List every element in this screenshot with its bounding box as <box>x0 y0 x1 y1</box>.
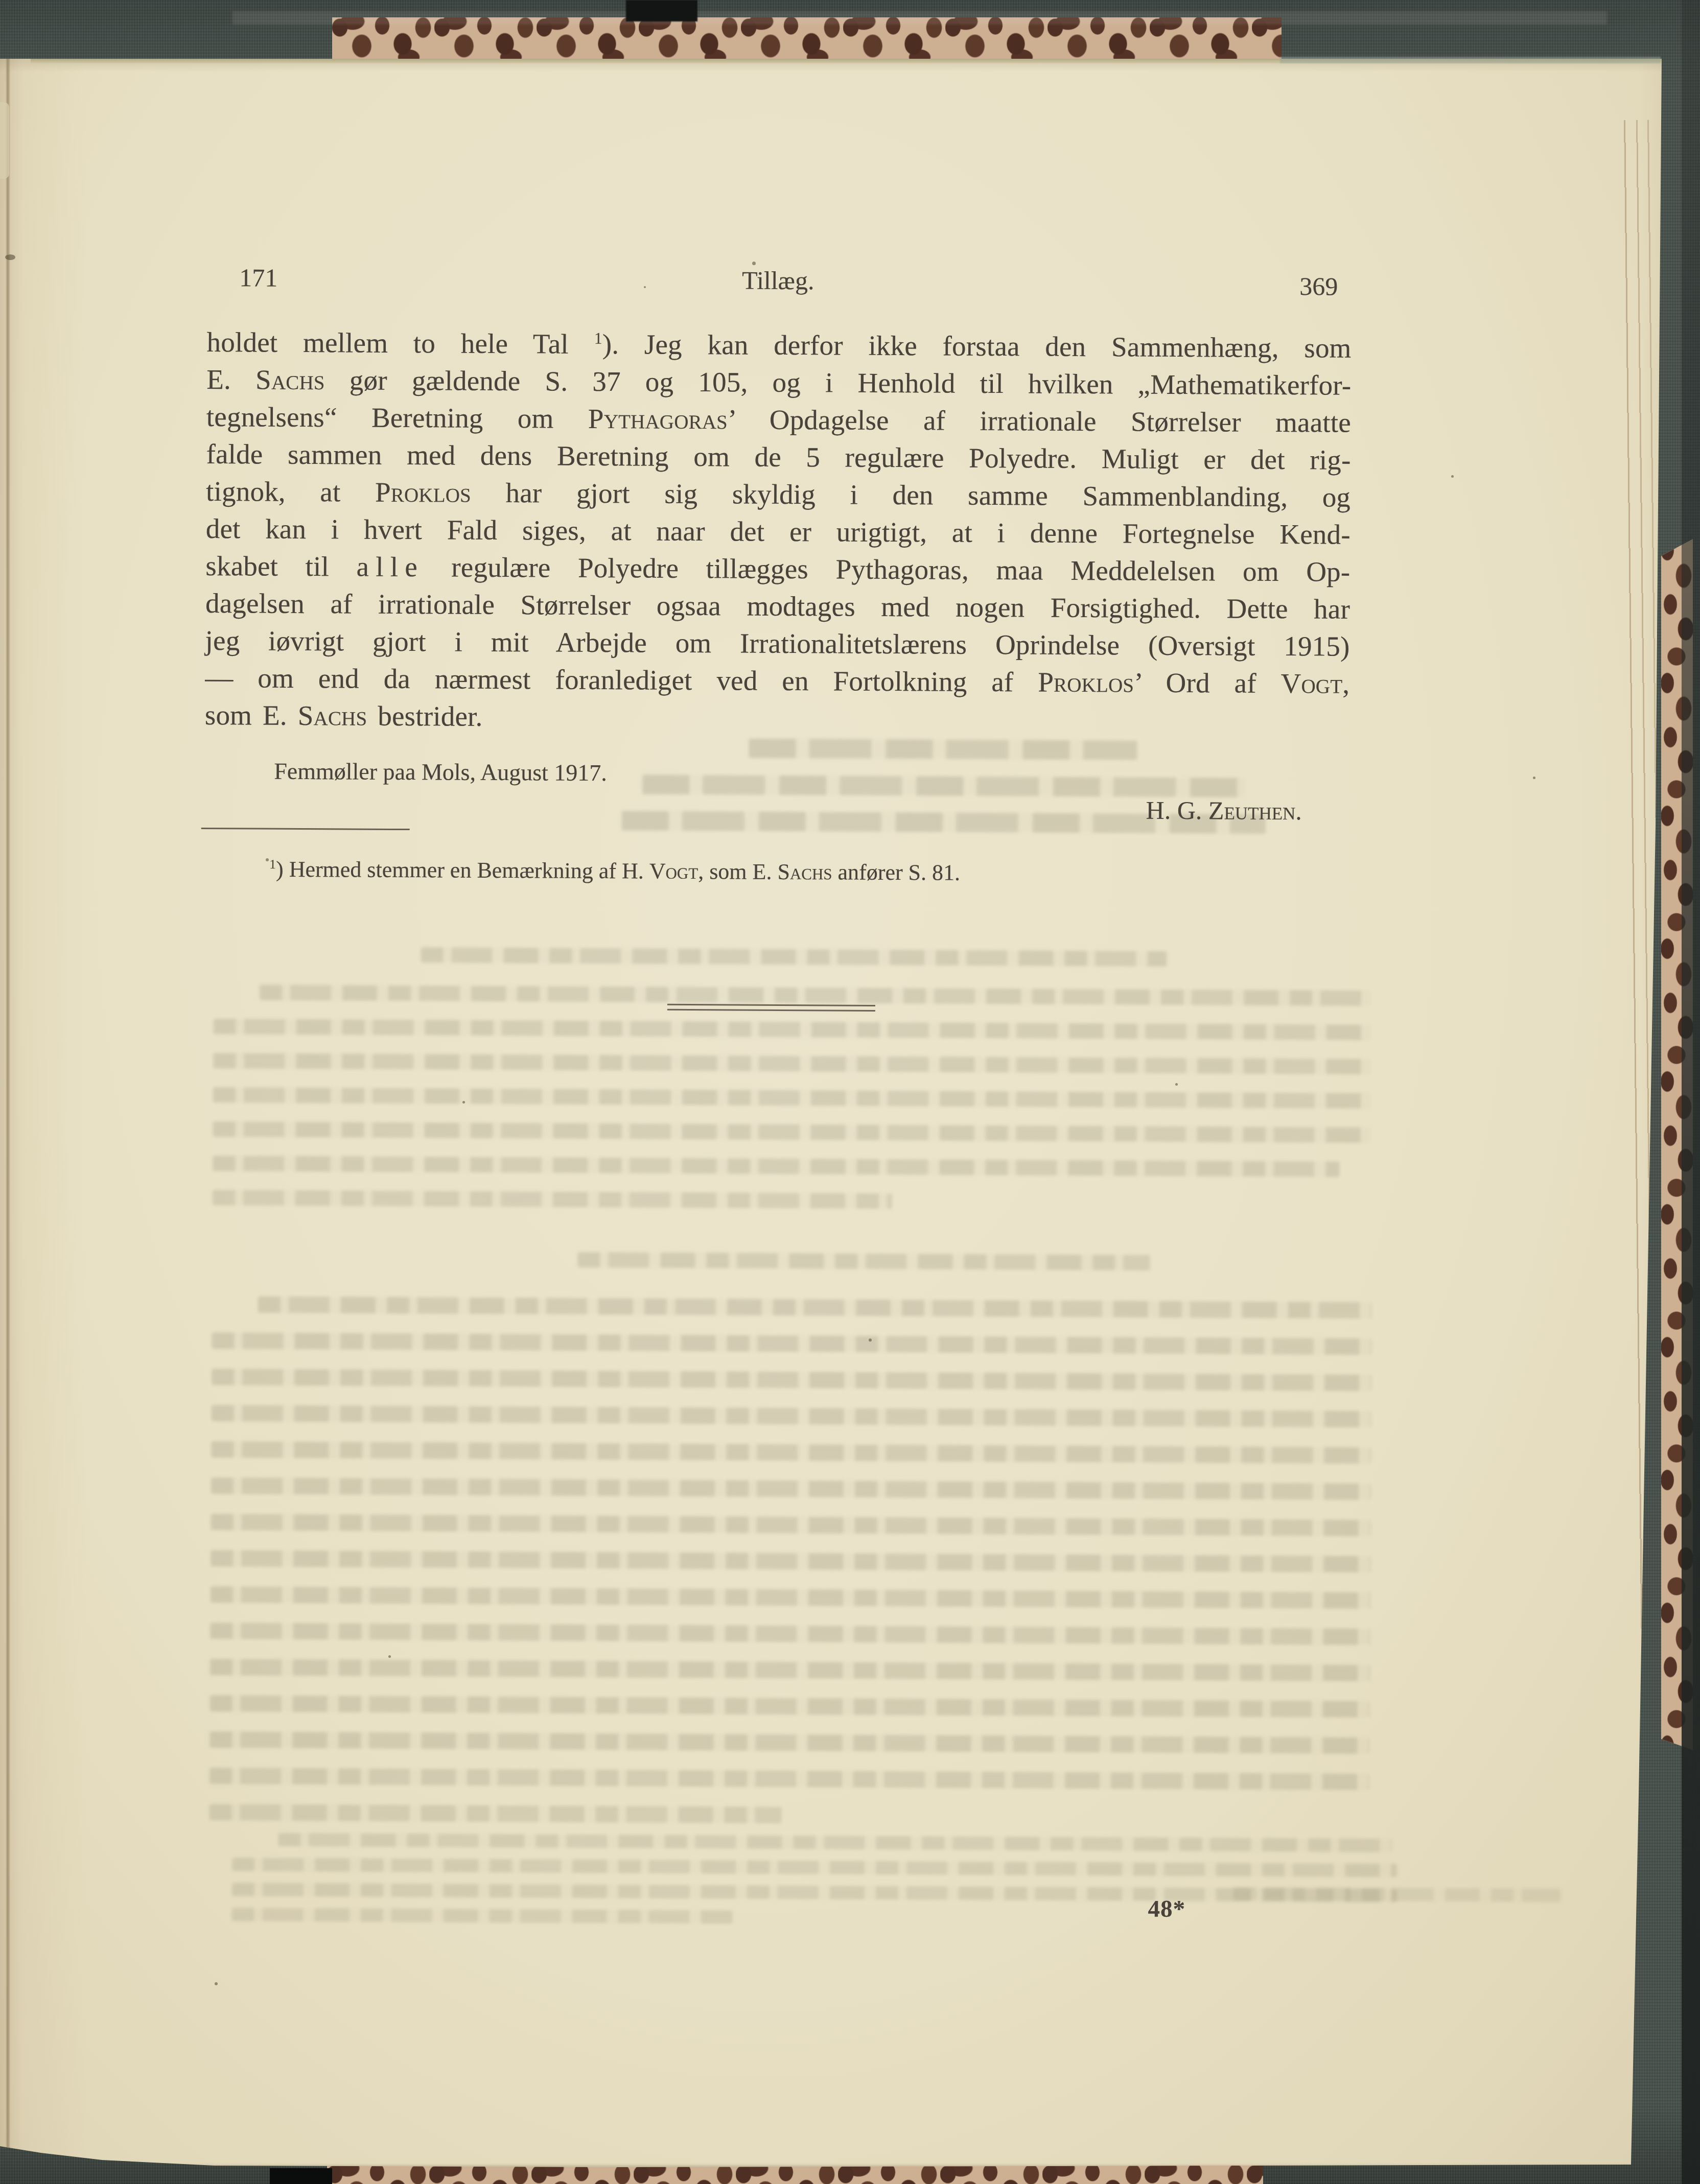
text-run: Proklos <box>1038 667 1134 698</box>
paper-speck <box>215 1982 218 1985</box>
book-page: 171 Tillæg. 369 holdet mellem to hele Ta… <box>0 59 1700 2174</box>
text-run: Proklos <box>375 477 471 508</box>
paper-speck <box>644 286 646 288</box>
text-run: har gjort sig skyldig i den samme Sammen… <box>471 477 1350 513</box>
text-run: Sachs <box>777 859 832 885</box>
text-run: Vogt <box>1280 668 1342 699</box>
text-run: alle <box>357 551 425 583</box>
book-scan: 171 Tillæg. 369 holdet mellem to hele Ta… <box>0 0 1700 2184</box>
left-page-fleck <box>0 102 9 179</box>
text-run: , som E. <box>698 859 777 884</box>
sheet-signature-mark: 48* <box>1148 1895 1186 1923</box>
body-line: tignok, at Proklos har gjort sig skyldig… <box>206 473 1350 516</box>
text-run: regulære Polyedre tillægges Pythagoras, … <box>424 551 1350 587</box>
footnote: 1) Hermed stemmer en Bemærkning af H. Vo… <box>269 856 1169 887</box>
text-run: 1 <box>269 857 276 872</box>
text-run: tignok, at <box>206 476 375 508</box>
paper-speck <box>752 262 756 265</box>
paper-speck <box>266 858 269 861</box>
marble-edge-bottom <box>327 2164 1263 2184</box>
text-run: gør gældende S. 37 og 105, og i Henhold … <box>325 364 1352 401</box>
text-run: Zeuthen <box>1208 796 1296 825</box>
body-line: dagelsen af irrationale Størrelser ogsaa… <box>205 584 1350 628</box>
paper-speck <box>462 1101 465 1103</box>
cover-shadow-right <box>1682 0 1700 2184</box>
body-line: tegnelsens“ Beretning om Pythagoras’ Opd… <box>206 398 1351 441</box>
text-run: det kan i hvert Fald siges, at naar det … <box>206 513 1350 550</box>
text-run: 1 <box>594 330 602 347</box>
page-header: 171 Tillæg. 369 <box>207 262 1349 300</box>
text-run: holdet mellem to hele Tal <box>207 326 594 360</box>
text-run: E. <box>206 364 255 395</box>
text-run: tegnelsens“ Beretning om <box>206 401 588 434</box>
text-run: skabet til <box>205 550 357 582</box>
page-number-right: 369 <box>1299 271 1338 301</box>
cover-sheen <box>232 11 1607 25</box>
printed-text-layer: 171 Tillæg. 369 holdet mellem to hele Ta… <box>0 58 1700 2181</box>
paper-speck <box>388 1655 391 1658</box>
section-divider <box>667 1004 875 1012</box>
text-run: Pythagoras <box>588 403 728 435</box>
dateline: Femmøller paa Mols, August 1917. <box>274 758 607 786</box>
text-run: falde sammen med dens Beretning om de 5 … <box>206 438 1350 476</box>
paper-speck <box>1175 1083 1178 1086</box>
body-line: falde sammen med dens Beretning om de 5 … <box>206 435 1350 479</box>
text-run: , <box>1342 668 1349 699</box>
running-title: Tillæg. <box>207 262 1349 299</box>
text-run: . <box>1295 796 1302 825</box>
text-run: Vogt <box>649 859 698 884</box>
body-line: skabet til alle regulære Polyedre tillæg… <box>205 547 1350 591</box>
page-block-fore-edge <box>1280 57 1661 63</box>
paper-speck <box>1533 777 1535 779</box>
body-line: — om end da nærmest foranlediget ved en … <box>205 659 1349 702</box>
author-signature: H. G. Zeuthen. <box>714 793 1302 826</box>
text-run: Sachs <box>298 700 367 732</box>
binding-notch <box>626 0 697 21</box>
text-run: jeg iøvrigt gjort i mit Arbejde om Irrat… <box>205 625 1349 662</box>
text-run: anfører S. 81. <box>832 859 961 885</box>
text-run: H. G. <box>1146 796 1209 825</box>
body-line: E. Sachs gør gældende S. 37 og 105, og i… <box>206 361 1351 404</box>
binding-black-block <box>270 2168 332 2184</box>
text-run: dagelsen af irrationale Størrelser ogsaa… <box>205 588 1350 625</box>
body-line: jeg iøvrigt gjort i mit Arbejde om Irrat… <box>205 622 1349 665</box>
paper-speck <box>5 254 15 260</box>
body-line: det kan i hvert Fald siges, at naar det … <box>206 510 1350 553</box>
text-run: — om end da nærmest foranlediget ved en … <box>205 662 1038 698</box>
body-line: som E. Sachs bestrider. <box>205 696 1349 740</box>
text-run: som E. <box>205 699 298 731</box>
footnote-rule <box>201 828 410 830</box>
text-run: Sachs <box>255 364 325 396</box>
body-line: holdet mellem to hele Tal 1). Jeg kan de… <box>207 323 1352 367</box>
text-run: ’ Opdagelse af irrationale Størrelser ma… <box>728 404 1351 438</box>
paper-speck <box>1451 475 1454 478</box>
text-run: ’ Ord af <box>1134 667 1281 699</box>
text-run: bestrider. <box>367 700 482 732</box>
text-run: ). Jeg kan derfor ikke forstaa den Samme… <box>602 328 1352 364</box>
body-paragraph: holdet mellem to hele Tal 1). Jeg kan de… <box>205 323 1352 740</box>
text-run: ) Hermed stemmer en Bemærkning af H. <box>276 857 649 884</box>
paper-speck <box>869 1338 872 1342</box>
